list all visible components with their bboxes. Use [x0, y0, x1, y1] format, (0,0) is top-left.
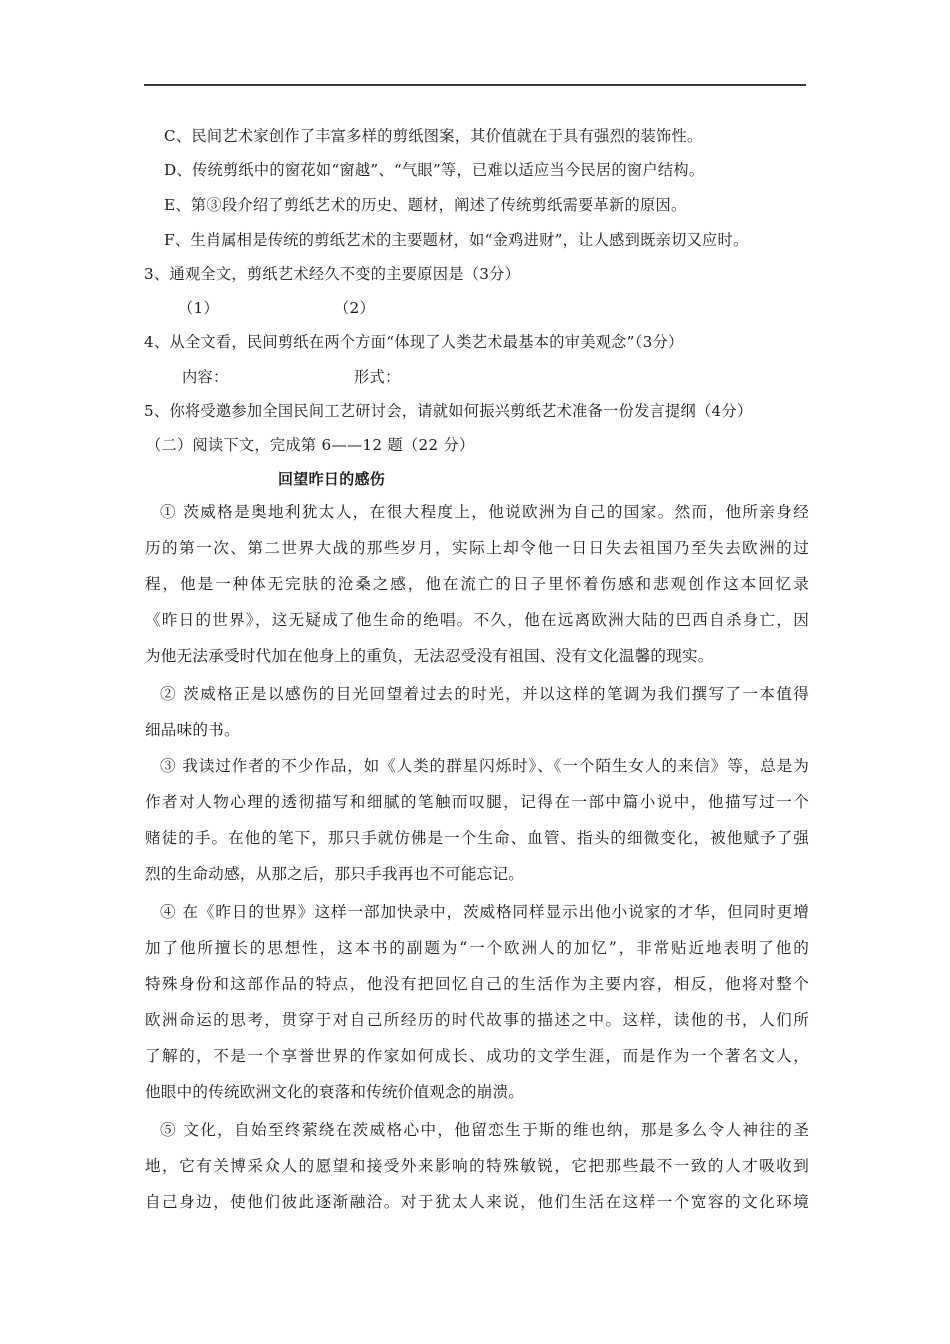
paragraph-line: 作者对人物心理的透彻描写和细腻的笔触而叹腿，记得在一部中篇小说中，他描写过一个: [145, 784, 809, 820]
paragraph-2: ② 茨威格正是以感伤的目光回望着过去的时光，并以这样的笔调为我们撰写了一本值得 …: [145, 676, 809, 748]
paragraph-line: 加了他所擅长的思想性，这本书的副题为“一个欧洲人的加忆”，非常贴近地表明了他的: [145, 930, 809, 966]
paragraph-line: 欧洲命运的思考，贯穿于对自己所经历的时代故事的描述之中。这样，读他的书，人们所: [145, 1002, 809, 1038]
paragraph-line: 历的第一次、第二世界大战的那些岁月，实际上却令他一日日失去祖国乃至失去欧洲的过: [145, 530, 809, 566]
article-title: 回望昨日的感伤: [278, 469, 385, 489]
paragraph-line: 了解的，不是一个享誉世界的作家如何成长、成功的文学生涯，而是作为一个著名文人，: [145, 1038, 809, 1074]
section-2-heading: （二）阅读下文，完成第 6——12 题（22 分）: [146, 435, 474, 455]
paragraph-5: ⑤ 文化，自始至终萦绕在茨威格心中，他留恋生于斯的维也纳，那是多么令人神往的圣 …: [145, 1112, 809, 1220]
paragraph-line: 《昨日的世界》，这无疑成了他生命的绝唱。不久，他在远离欧洲大陆的巴西自杀身亡，因: [145, 602, 809, 638]
option-f: F、生肖属相是传统的剪纸艺术的主要题材，如“金鸡进财”，让人感到既亲切又应时。: [164, 230, 749, 250]
question-3-text: 3、通观全文，剪纸艺术经久不变的主要原因是（3分）: [144, 264, 520, 284]
paragraph-line: ⑤ 文化，自始至终萦绕在茨威格心中，他留恋生于斯的维也纳，那是多么令人神往的圣: [145, 1112, 809, 1148]
option-e: E、第③段介绍了剪纸艺术的历史、题材，阐述了传统剪纸需要革新的原因。: [164, 195, 686, 215]
paragraph-line: 为他无法承受时代加在他身上的重负，无法忍受没有祖国、没有文化温馨的现实。: [145, 638, 809, 674]
question-4-form-label: 形式：: [354, 367, 400, 387]
paragraph-line: ② 茨威格正是以感伤的目光回望着过去的时光，并以这样的笔调为我们撰写了一本值得: [145, 676, 809, 712]
paragraph-4: ④ 在《昨日的世界》这样一部加快录中，茨威格同样显示出他小说家的才华，但同时更增…: [145, 894, 809, 1110]
paragraph-line: 自己身边，使他们彼此逐渐融洽。对于犹太人来说，他们生活在这样一个宽容的文化环境: [145, 1184, 809, 1220]
question-3-blank-1: （1）: [178, 298, 219, 318]
question-4-text: 4、从全文看，民间剪纸在两个方面“体现了人类艺术最基本的审美观念”（3分）: [144, 332, 684, 352]
paragraph-line: 他眼中的传统欧洲文化的衰落和传统价值观念的崩溃。: [145, 1074, 809, 1110]
paragraph-line: ① 茨威格是奥地利犹太人，在很大程度上，他说欧洲为自己的国家。然而，他所亲身经: [145, 494, 809, 530]
paragraph-line: 细品味的书。: [145, 712, 809, 748]
paragraph-line: ④ 在《昨日的世界》这样一部加快录中，茨威格同样显示出他小说家的才华，但同时更增: [145, 894, 809, 930]
paragraph-3: ③ 我读过作者的不少作品，如《人类的群星闪烁时》、《一个陌生女人的来信》等，总是…: [145, 748, 809, 892]
paragraph-line: 程，他是一种体无完肤的沧桑之感，他在流亡的日子里怀着伤感和悲观创作这本回忆录: [145, 566, 809, 602]
paragraph-line: ③ 我读过作者的不少作品，如《人类的群星闪烁时》、《一个陌生女人的来信》等，总是…: [145, 748, 809, 784]
question-5-text: 5、你将受邀参加全国民间工艺研讨会，请就如何振兴剪纸艺术准备一份发言提纲（4分）: [144, 401, 752, 421]
header-rule: [144, 84, 806, 86]
paragraph-line: 地，它有关博采众人的愿望和接受外来影响的特殊敏锐，它把那些最不一致的人才吸收到: [145, 1148, 809, 1184]
question-4-content-label: 内容：: [182, 367, 228, 387]
question-3-blank-2: （2）: [334, 298, 375, 318]
option-c: C、民间艺术家创作了丰富多样的剪纸图案，其价值就在于具有强烈的装饰性。: [164, 126, 703, 146]
paragraph-line: 烈的生命动感，从那之后，那只手我再也不可能忘记。: [145, 856, 809, 892]
option-d: D、传统剪纸中的窗花如“窗越”、“气眼”等，已难以适应当今民居的窗户结构。: [164, 160, 704, 180]
paragraph-1: ① 茨威格是奥地利犹太人，在很大程度上，他说欧洲为自己的国家。然而，他所亲身经 …: [145, 494, 809, 674]
paragraph-line: 赌徒的手。在他的笔下，那只手就仿佛是一个生命、血管、指头的细微变化，被他赋予了强: [145, 820, 809, 856]
paragraph-line: 特殊身份和这部作品的特点，他没有把回忆自己的生活作为主要内容，相反，他将对整个: [145, 966, 809, 1002]
